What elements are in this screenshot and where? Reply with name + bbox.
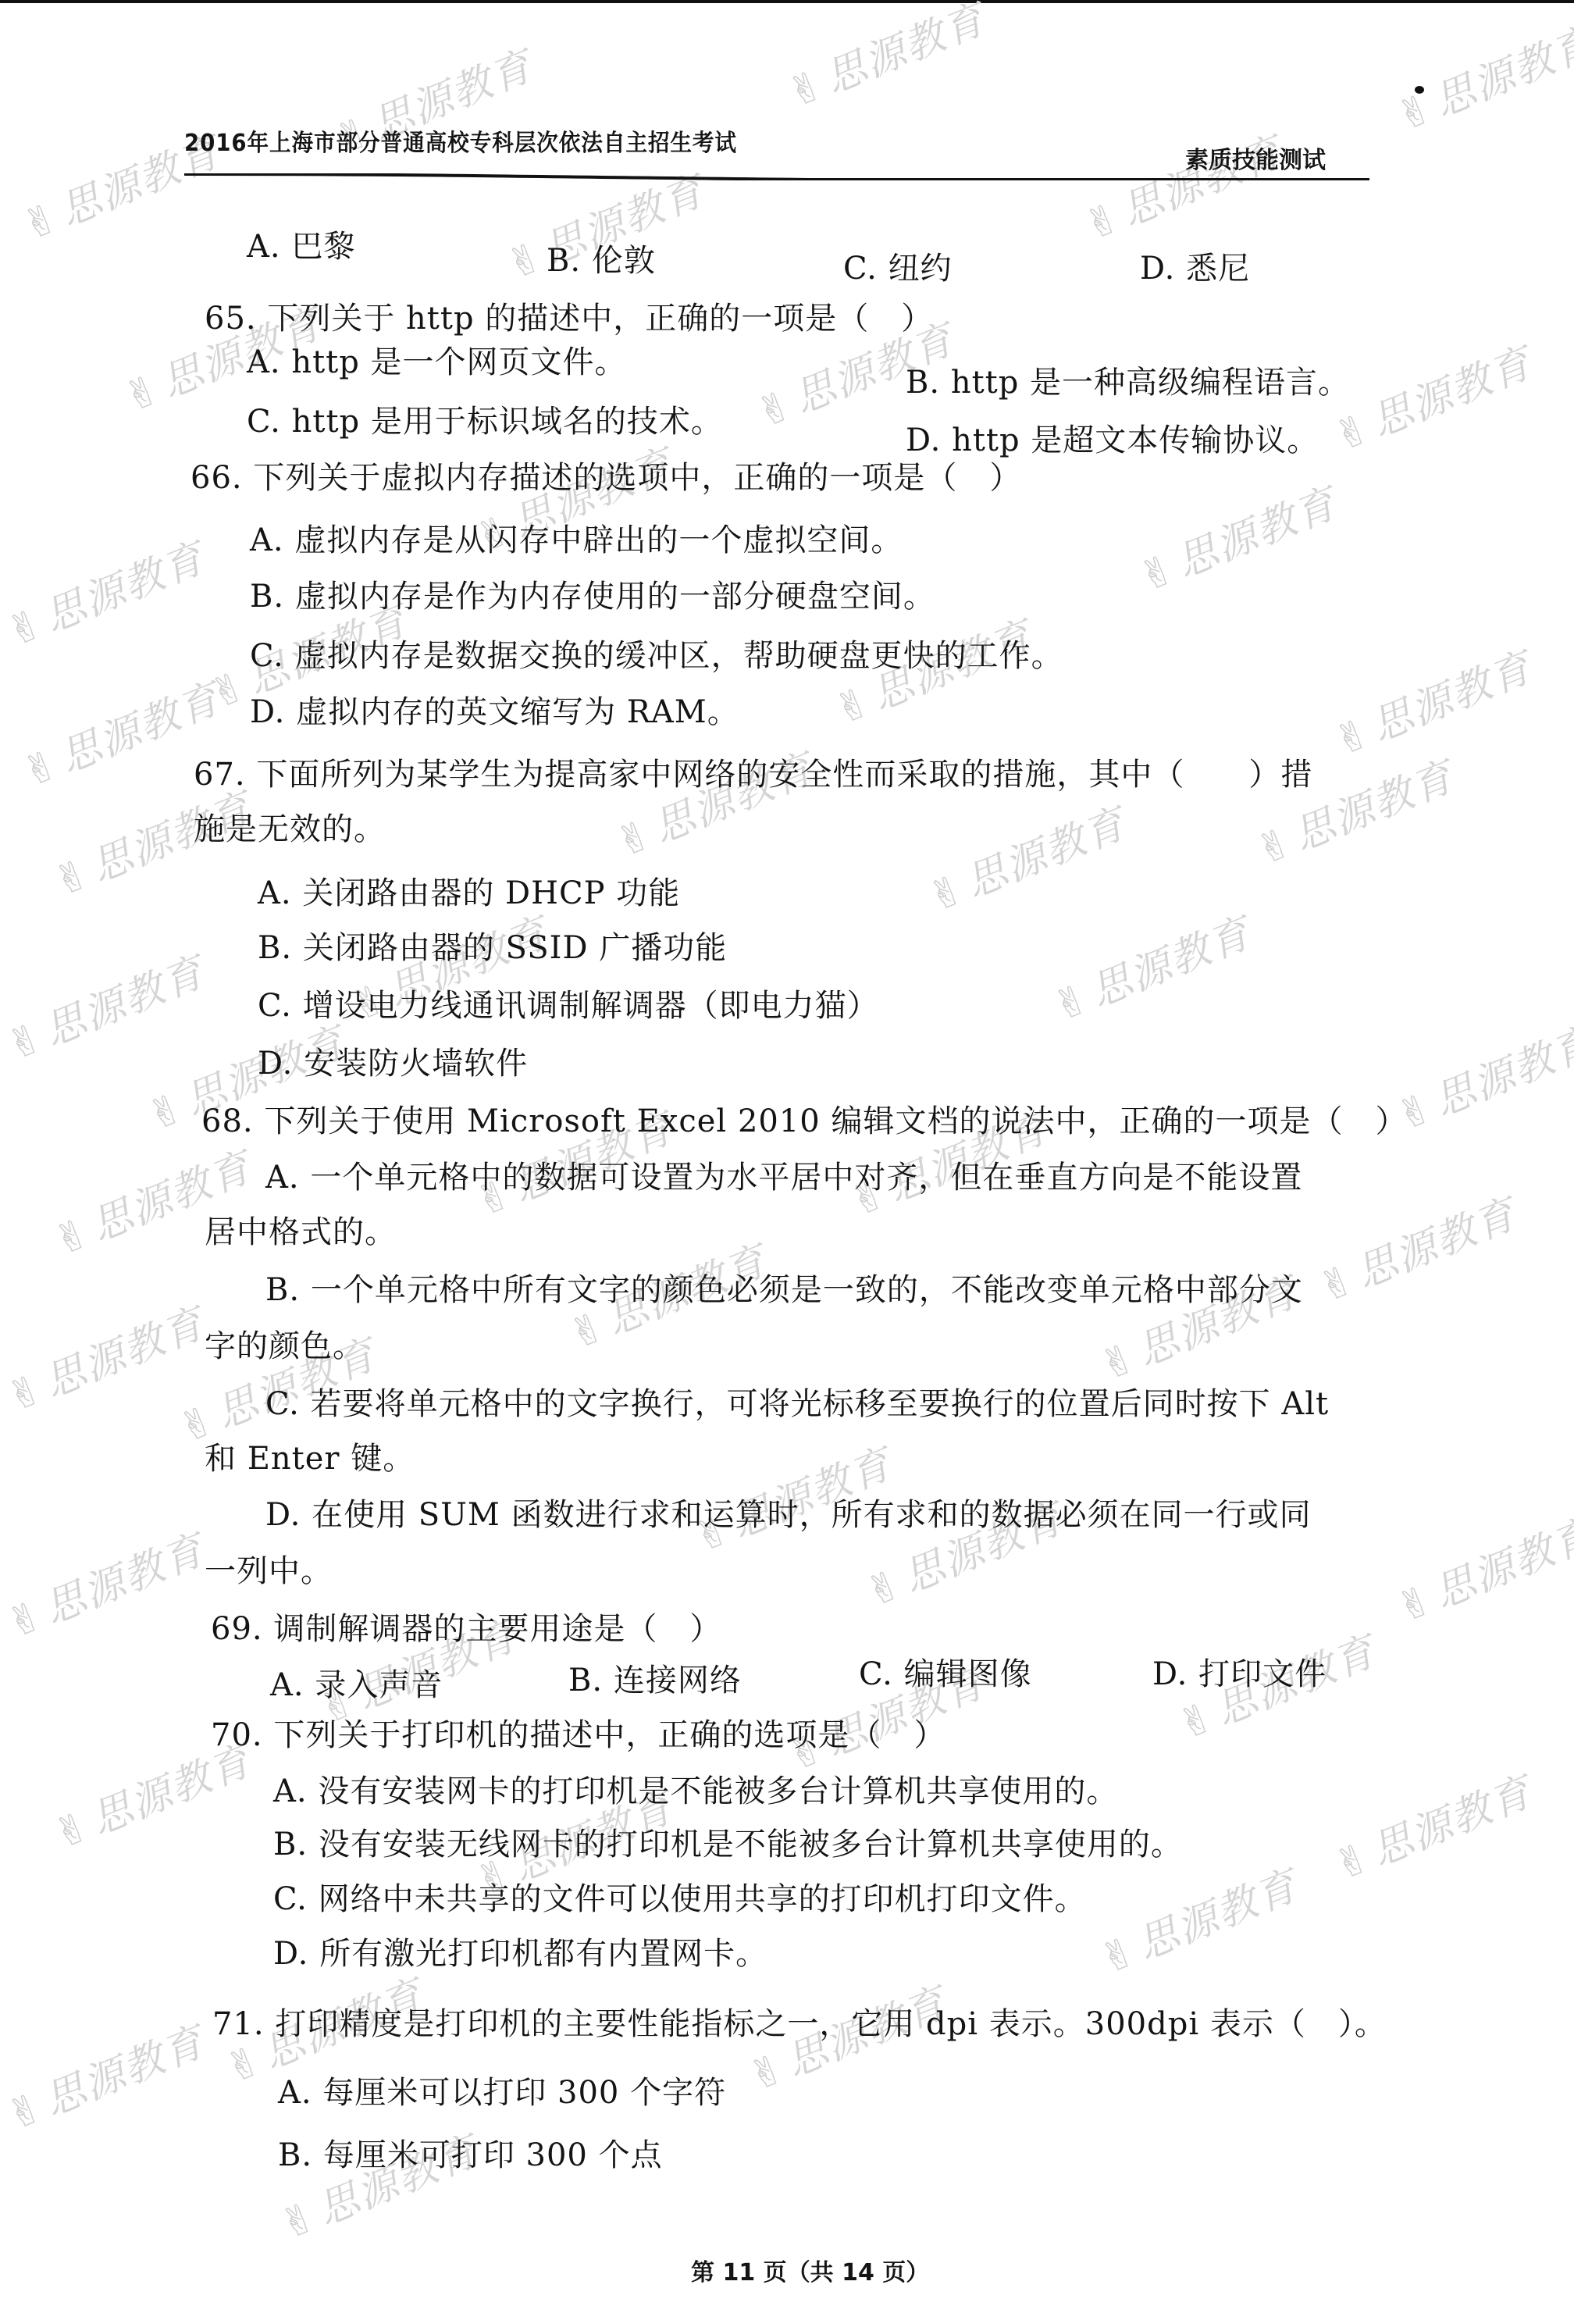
question-70-option-d: D. 所有激光打印机都有内置网卡。 bbox=[273, 1929, 767, 1973]
question-68-stem: 68. 下列关于使用 Microsoft Excel 2010 编辑文档的说法中… bbox=[201, 1096, 1407, 1141]
question-70-option-b: B. 没有安装无线网卡的打印机是不能被多台计算机共享使用的。 bbox=[273, 1820, 1183, 1864]
question-68-option-b-cont: 字的颜色。 bbox=[205, 1321, 365, 1366]
question-66-option-c: C. 虚拟内存是数据交换的缓冲区，帮助硬盘更快的工作。 bbox=[250, 631, 1063, 675]
question-68-option-c-cont: 和 Enter 键。 bbox=[205, 1434, 415, 1478]
option-d: D. 悉尼 bbox=[1140, 244, 1250, 288]
question-68-option-a: A. 一个单元格中的数据可设置为水平居中对齐，但在垂直方向是不能设置 bbox=[265, 1153, 1302, 1197]
question-68-option-d: D. 在使用 SUM 函数进行求和运算时，所有求和的数据必须在同一行或同 bbox=[265, 1490, 1312, 1534]
option-b: B. 伦敦 bbox=[547, 236, 656, 280]
question-66-stem: 66. 下列关于虚拟内存描述的选项中，正确的一项是（ ） bbox=[191, 453, 1021, 497]
option-c: C. 纽约 bbox=[843, 244, 953, 288]
question-67-stem-cont: 施是无效的。 bbox=[194, 804, 386, 849]
question-69-option-d: D. 打印文件 bbox=[1152, 1649, 1327, 1694]
question-71-option-b: B. 每厘米可打印 300 个点 bbox=[278, 2130, 663, 2175]
subject-label: 素质技能测试 bbox=[1185, 141, 1326, 175]
question-66-option-b: B. 虚拟内存是作为内存使用的一部分硬盘空间。 bbox=[250, 572, 935, 616]
question-66-option-a: A. 虚拟内存是从闪存中辟出的一个虚拟空间。 bbox=[250, 515, 903, 560]
question-70-stem: 70. 下列关于打印机的描述中，正确的选项是（ ） bbox=[211, 1710, 945, 1755]
question-68-option-c: C. 若要将单元格中的文字换行，可将光标移至要换行的位置后同时按下 Alt bbox=[265, 1379, 1329, 1424]
scan-speck bbox=[1415, 86, 1424, 94]
question-65-option-a: A. http 是一个网页文件。 bbox=[247, 337, 627, 382]
question-67-option-c: C. 增设电力线通讯调制解调器（即电力猫） bbox=[258, 981, 879, 1025]
question-71-stem: 71. 打印精度是打印机的主要性能指标之一，它用 dpi 表示。300dpi 表… bbox=[212, 1999, 1387, 2044]
question-67-option-a: A. 关闭路由器的 DHCP 功能 bbox=[258, 868, 680, 913]
question-68-option-a-cont: 居中格式的。 bbox=[205, 1207, 397, 1252]
exam-page: 2016年上海市部分普通高校专科层次依法自主招生考试 素质技能测试 A. 巴黎 … bbox=[0, 0, 1574, 2324]
question-67-option-b: B. 关闭路由器的 SSID 广播功能 bbox=[258, 923, 727, 968]
header-rule bbox=[184, 173, 1369, 180]
question-70-option-c: C. 网络中未共享的文件可以使用共享的打印机打印文件。 bbox=[273, 1874, 1087, 1919]
question-69-option-c: C. 编辑图像 bbox=[859, 1649, 1032, 1694]
question-65-stem: 65. 下列关于 http 的描述中，正确的一项是（ ） bbox=[205, 294, 933, 338]
question-67-stem: 67. 下面所列为某学生为提高家中网络的安全性而采取的措施，其中（ ）措 bbox=[194, 750, 1312, 794]
option-a: A. 巴黎 bbox=[247, 222, 355, 266]
question-66-option-d: D. 虚拟内存的英文缩写为 RAM。 bbox=[250, 687, 739, 732]
question-71-option-a: A. 每厘米可以打印 300 个字符 bbox=[278, 2068, 726, 2112]
question-67-option-d: D. 安装防火墙软件 bbox=[258, 1039, 528, 1083]
question-69-option-b: B. 连接网络 bbox=[568, 1656, 742, 1700]
question-65-option-c: C. http 是用于标识域名的技术。 bbox=[247, 397, 723, 441]
question-65-option-b: B. http 是一种高级编程语言。 bbox=[906, 358, 1350, 402]
exam-title: 2016年上海市部分普通高校专科层次依法自主招生考试 bbox=[184, 123, 737, 158]
question-69-option-a: A. 录入声音 bbox=[270, 1660, 443, 1705]
question-69-stem: 69. 调制解调器的主要用途是（ ） bbox=[211, 1604, 721, 1649]
question-68-option-b: B. 一个单元格中所有文字的颜色必须是一致的，不能改变单元格中部分文 bbox=[265, 1265, 1303, 1310]
question-70-option-a: A. 没有安装网卡的打印机是不能被多台计算机共享使用的。 bbox=[273, 1766, 1118, 1811]
question-68-option-d-cont: 一列中。 bbox=[205, 1546, 333, 1591]
page-number: 第 11 页（共 14 页） bbox=[691, 2253, 929, 2287]
